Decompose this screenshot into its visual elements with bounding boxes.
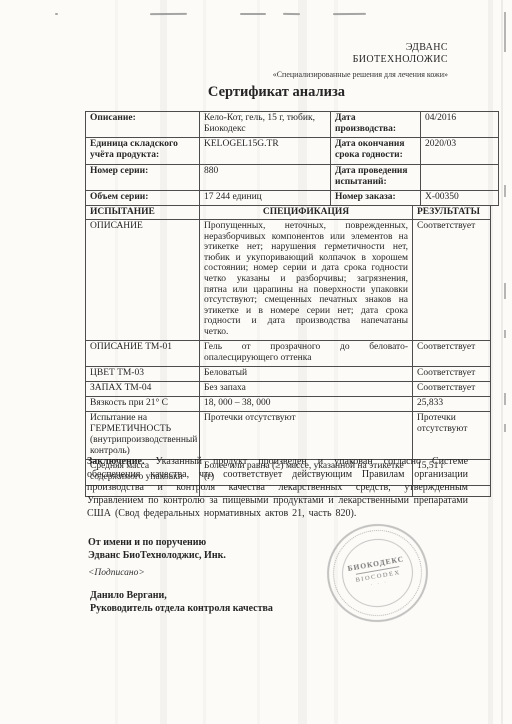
conclusion-label: Заключение. (87, 456, 144, 467)
table-row: Номер серии: 880 Дата проведения испытан… (86, 165, 499, 191)
scan-mark (504, 393, 506, 405)
info-label-cell: Номер серии: (86, 165, 200, 191)
spec-cell: Протечки отсутствуют (200, 411, 413, 459)
scan-mark (240, 13, 266, 15)
test-cell: ОПИСАНИЕ ТМ-01 (86, 340, 200, 366)
col-header-test: ИСПЫТАНИЕ (86, 206, 200, 220)
spec-cell: Беловатый (200, 366, 413, 381)
stamp-text: БИОКОДЕКС BIOCODEX · · · (322, 518, 434, 627)
test-cell: ЗАПАХ ТМ-04 (86, 381, 200, 396)
info-value-cell: 17 244 единиц (200, 191, 331, 206)
result-cell: Соответствует (413, 340, 491, 366)
on-behalf-block: От имени и по поручению Эдванс БиоТехнол… (88, 537, 226, 562)
table-row: Объем серии: 17 244 единиц Номер заказа:… (86, 191, 499, 206)
info-value-cell: 2020/03 (421, 138, 499, 165)
table-row: Единица складского учёта продукта: KELOG… (86, 138, 499, 165)
scan-mark (333, 13, 366, 15)
test-cell: ЦВЕТ ТМ-03 (86, 366, 200, 381)
info-value-cell (421, 165, 499, 191)
info-label-cell: Дата производства: (331, 112, 421, 138)
document-title: Сертификат анализа (85, 84, 468, 101)
test-cell: Испытание на ГЕРМЕТИЧНОСТЬ (внутрипроизв… (86, 411, 200, 459)
company-name-line1: ЭДВАНС (273, 42, 448, 54)
conclusion-text: Указанный продукт произведен и упакован … (87, 456, 468, 519)
scan-mark (504, 424, 506, 432)
spec-cell: 18, 000 – 38, 000 (200, 396, 413, 411)
product-info-table: Описание: Кело-Кот, гель, 15 г, тюбик, Б… (85, 111, 499, 206)
conclusion-paragraph: Заключение. Указанный продукт произведен… (87, 455, 468, 520)
info-label-cell: Дата проведения испытаний: (331, 165, 421, 191)
result-cell: 25,833 (413, 396, 491, 411)
signer-title: Руководитель отдела контроля качества (90, 603, 273, 616)
info-value-cell: X-00350 (421, 191, 499, 206)
signed-placeholder: <Подписано> (88, 568, 145, 578)
col-header-spec: СПЕЦИФИКАЦИЯ (200, 206, 413, 220)
table-row: ОПИСАНИЕ ТМ-01 Гель от прозрачного до бе… (86, 340, 491, 366)
table-header-row: ИСПЫТАНИЕ СПЕЦИФИКАЦИЯ РЕЗУЛЬТАТЫ (86, 206, 491, 220)
on-behalf-line1: От имени и по поручению (88, 537, 226, 550)
result-cell: Соответствует (413, 366, 491, 381)
scan-mark (283, 13, 300, 15)
spec-results-table: ИСПЫТАНИЕ СПЕЦИФИКАЦИЯ РЕЗУЛЬТАТЫ ОПИСАН… (85, 205, 491, 497)
letterhead: ЭДВАНС БИОТЕХНОЛОЖИС «Специализированные… (273, 42, 448, 81)
spec-cell: Без запаха (200, 381, 413, 396)
scan-mark (55, 13, 58, 15)
info-label-cell: Номер заказа: (331, 191, 421, 206)
table-row: Испытание на ГЕРМЕТИЧНОСТЬ (внутрипроизв… (86, 411, 491, 459)
info-value-cell: Кело-Кот, гель, 15 г, тюбик, Биокодекс (200, 112, 331, 138)
info-value-cell: 880 (200, 165, 331, 191)
signer-name: Данило Вергани, (90, 590, 273, 603)
company-name-line2: БИОТЕХНОЛОЖИС (273, 54, 448, 66)
scan-streak (501, 0, 503, 724)
table-row: ОПИСАНИЕ Пропущенных, неточных, поврежде… (86, 220, 491, 341)
result-cell: Соответствует (413, 220, 491, 341)
signer-block: Данило Вергани, Руководитель отдела конт… (90, 590, 273, 615)
info-label-cell: Дата окончания срока годности: (331, 138, 421, 165)
company-stamp: БИОКОДЕКС BIOCODEX · · · (319, 516, 435, 630)
info-label-cell: Единица складского учёта продукта: (86, 138, 200, 165)
stamp-ornament: · · · (370, 580, 388, 588)
scan-mark (504, 185, 506, 197)
result-cell: Соответствует (413, 381, 491, 396)
tables-block: Описание: Кело-Кот, гель, 15 г, тюбик, Б… (85, 111, 468, 497)
table-row: ЗАПАХ ТМ-04 Без запаха Соответствует (86, 381, 491, 396)
document-page: ЭДВАНС БИОТЕХНОЛОЖИС «Специализированные… (0, 0, 512, 724)
table-row: ЦВЕТ ТМ-03 Беловатый Соответствует (86, 366, 491, 381)
table-row: Вязкость при 21° С 18, 000 – 38, 000 25,… (86, 396, 491, 411)
spec-cell: Гель от прозрачного до беловато-опалесци… (200, 340, 413, 366)
scan-mark (504, 12, 506, 52)
col-header-result: РЕЗУЛЬТАТЫ (413, 206, 491, 220)
info-label-cell: Описание: (86, 112, 200, 138)
info-value-cell: 04/2016 (421, 112, 499, 138)
stamp-line2: BIOCODEX (355, 569, 401, 584)
scan-mark (504, 330, 506, 338)
scan-mark (150, 13, 187, 15)
company-tagline: «Специализированные решения для лечения … (273, 69, 448, 81)
test-cell: ОПИСАНИЕ (86, 220, 200, 341)
scan-mark (504, 283, 506, 299)
table-row: Описание: Кело-Кот, гель, 15 г, тюбик, Б… (86, 112, 499, 138)
spec-cell: Пропущенных, неточных, поврежденных, нер… (200, 220, 413, 341)
info-value-cell: KELOGEL15G.TR (200, 138, 331, 165)
info-label-cell: Объем серии: (86, 191, 200, 206)
result-cell: Протечки отсутствуют (413, 411, 491, 459)
stamp-line1: БИОКОДЕКС (347, 554, 405, 573)
on-behalf-line2: Эдванс БиоТехнолоджис, Инк. (88, 550, 226, 563)
test-cell: Вязкость при 21° С (86, 396, 200, 411)
stamp-divider (355, 566, 399, 575)
